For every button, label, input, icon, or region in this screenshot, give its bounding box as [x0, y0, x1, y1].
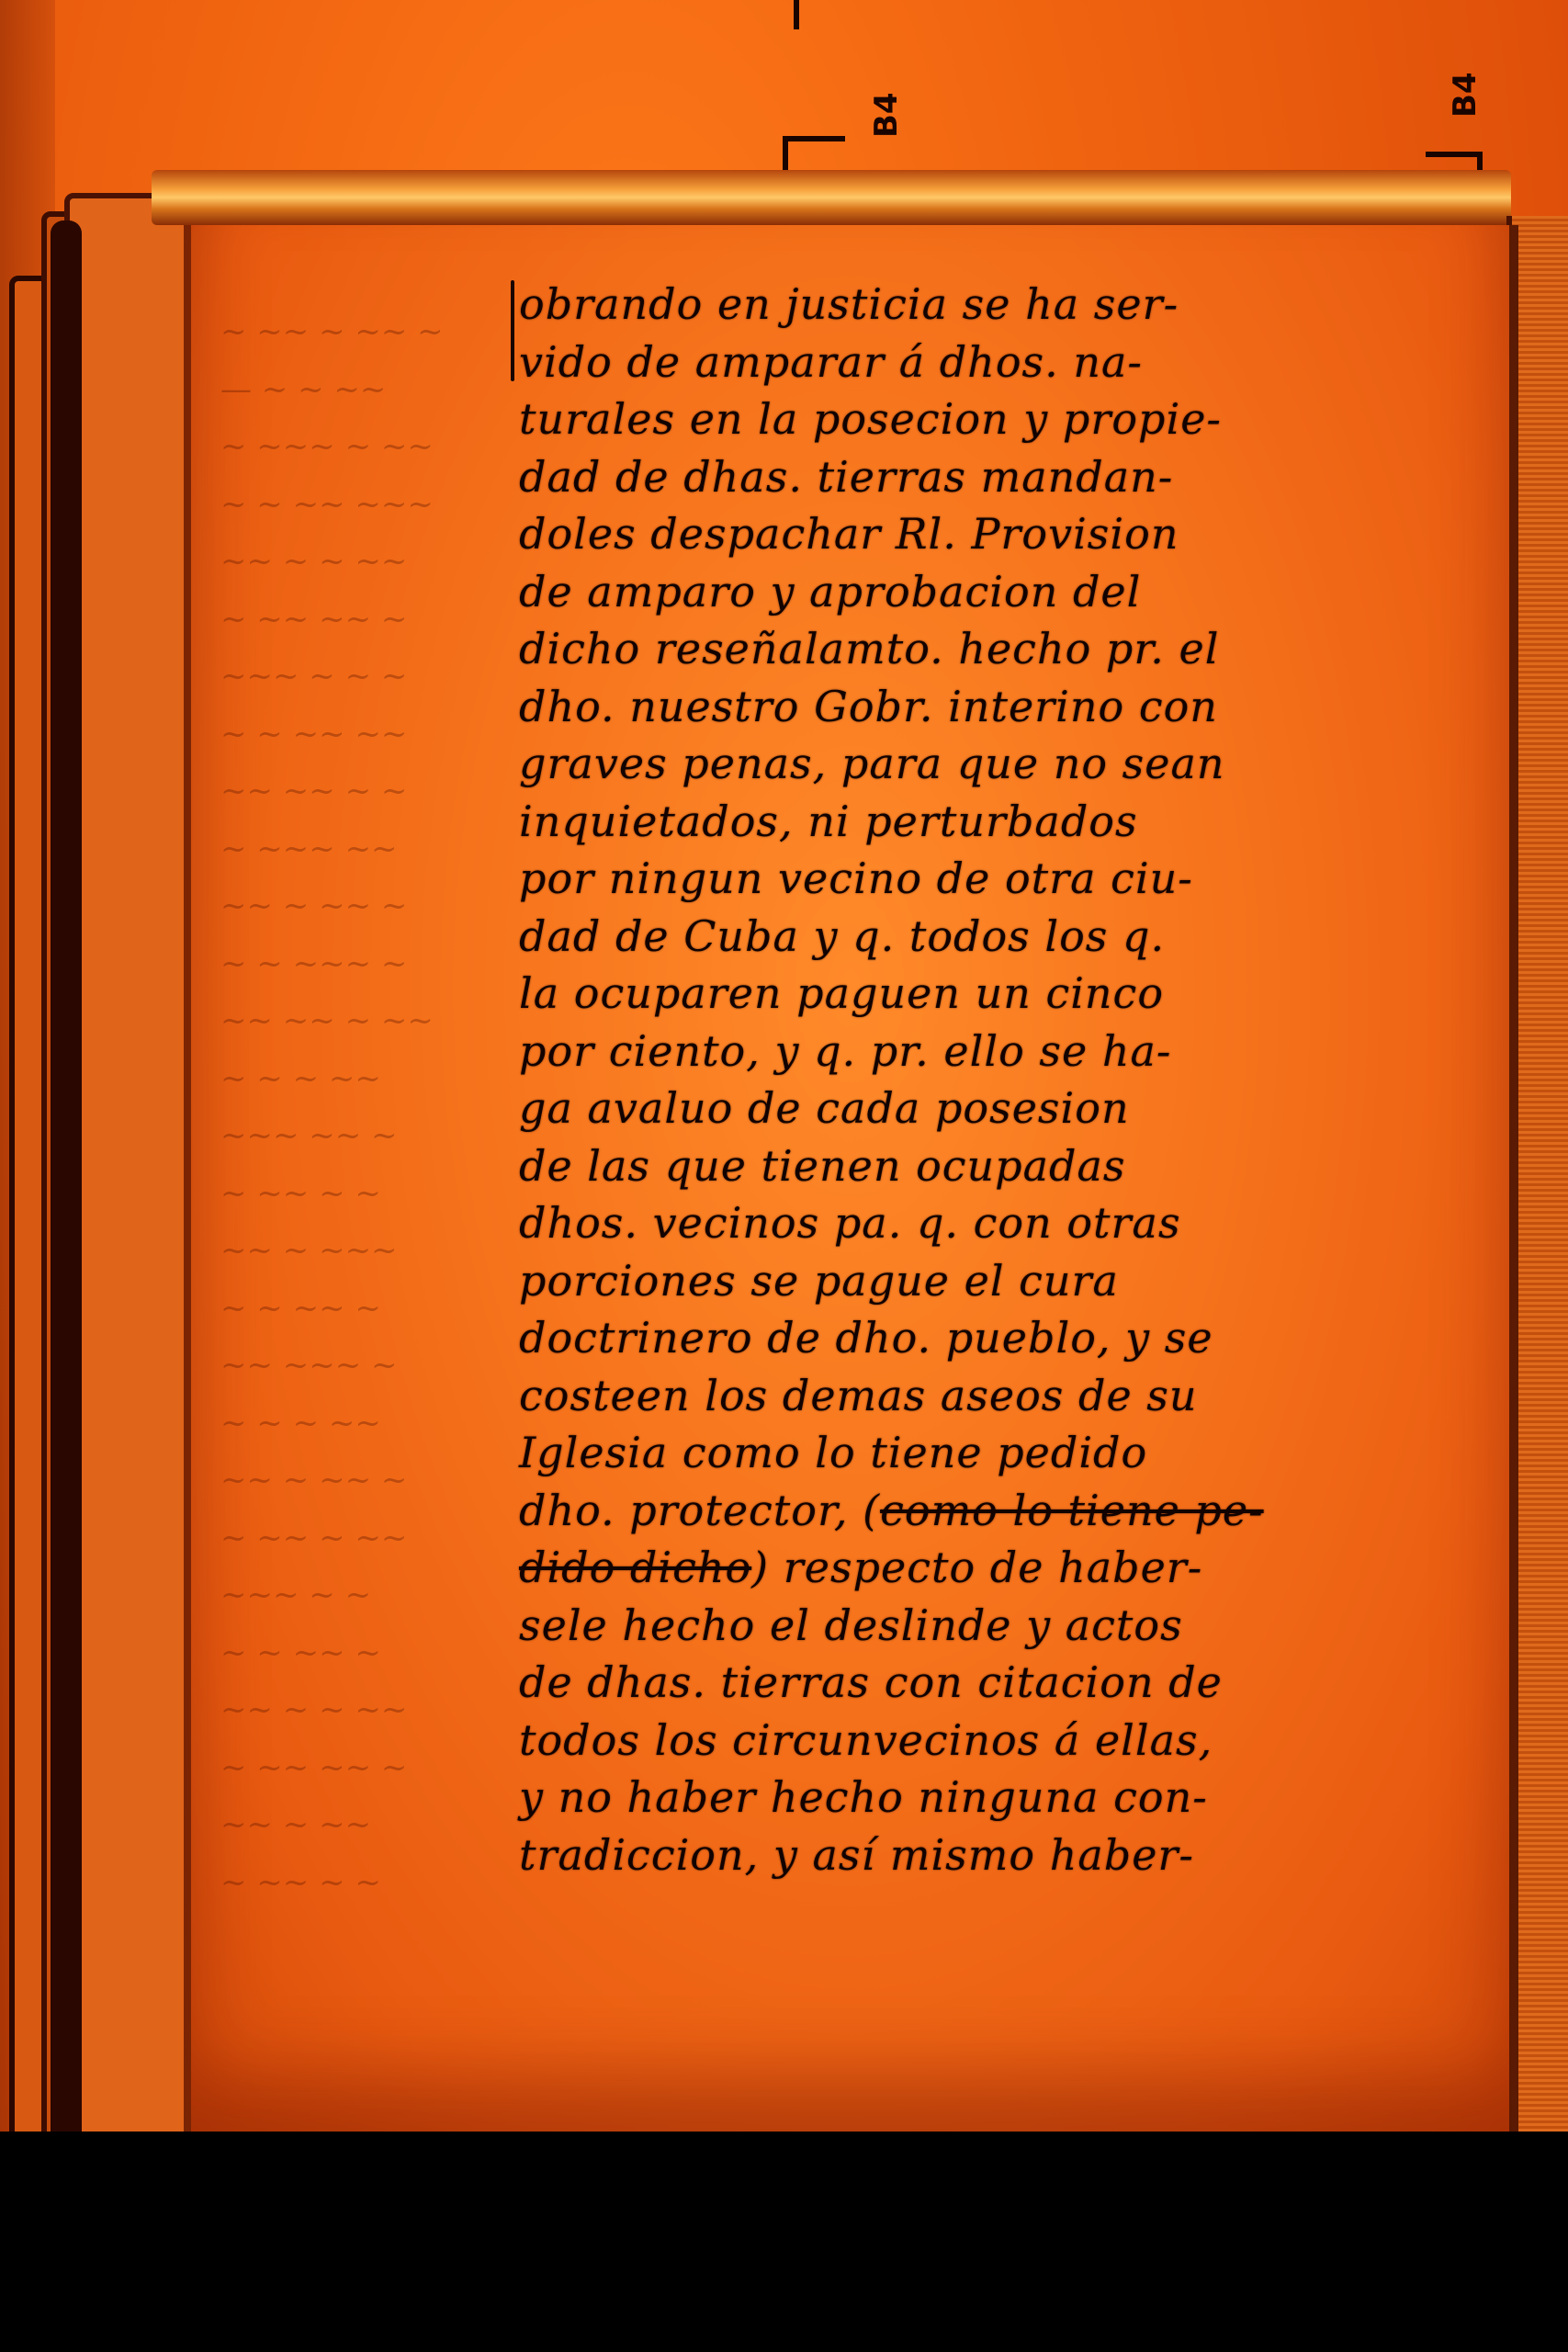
text-line: de dhas. tierras con citacion de [519, 1654, 1474, 1712]
page-marker-left: B4 [868, 92, 905, 138]
text-line: de las que tienen ocupadas [519, 1137, 1474, 1195]
text-line: dhos. vecinos pa. q. con otras [519, 1194, 1474, 1252]
text-line-struck: dido dicho) respecto de haber- [519, 1539, 1474, 1597]
text-line: Iglesia como lo tiene pedido [519, 1424, 1474, 1482]
text-line: y no haber hecho ninguna con- [519, 1769, 1474, 1826]
text-line: vido de amparar á dhos. na- [519, 334, 1474, 391]
page-top-edge [152, 170, 1511, 225]
text-line: dad de Cuba y q. todos los q. [519, 908, 1474, 966]
margin-rule [511, 280, 514, 381]
bleed-through-text: ~ ~~ ~ ~~ ~ — ~ ~ ~~ ~ ~~~ ~ ~~ ~ ~ ~~ ~… [220, 303, 524, 1911]
text-line: costeen los demas aseos de su [519, 1367, 1474, 1425]
text-line: por ningun vecino de otra ciu- [519, 850, 1474, 908]
text-line: porciones se pague el cura [519, 1252, 1474, 1310]
text-line-struck: dho. protector, (como lo tiene pe- [519, 1482, 1474, 1540]
text-line: dicho reseñalamto. hecho pr. el [519, 620, 1474, 678]
text-line: tradiccion, y así mismo haber- [519, 1826, 1474, 1884]
text-line: turales en la posecion y propie- [519, 390, 1474, 448]
page-marker-right: B4 [1447, 72, 1483, 118]
bottom-shadow [0, 2131, 1568, 2352]
book-stack-inner [64, 193, 195, 2152]
struck-text: dido dicho [519, 1543, 751, 1592]
text-line: todos los circunvecinos á ellas, [519, 1712, 1474, 1770]
struck-text: como lo tiene pe- [880, 1486, 1264, 1535]
text-line: obrando en justicia se ha ser- [519, 276, 1474, 334]
text-line: doles despachar Rl. Provision [519, 505, 1474, 563]
registration-tick [794, 0, 799, 29]
book-spine [51, 220, 82, 2150]
text-line: graves penas, para que no sean [519, 735, 1474, 793]
text-line: ga avaluo de cada posesion [519, 1080, 1474, 1137]
text-line: sele hecho el deslinde y actos [519, 1597, 1474, 1655]
text-line: la ocuparen paguen un cinco [519, 965, 1474, 1023]
text-line: dad de dhas. tierras mandan- [519, 448, 1474, 506]
text-line: dho. nuestro Gobr. interino con [519, 678, 1474, 736]
text-line: doctrinero de dho. pueblo, y se [519, 1309, 1474, 1367]
text-line: por ciento, y q. pr. ello se ha- [519, 1023, 1474, 1080]
handwritten-text: obrando en justicia se ha ser- vido de a… [519, 276, 1474, 1883]
text-line: de amparo y aprobacion del [519, 563, 1474, 621]
text-line: inquietados, ni perturbados [519, 793, 1474, 851]
